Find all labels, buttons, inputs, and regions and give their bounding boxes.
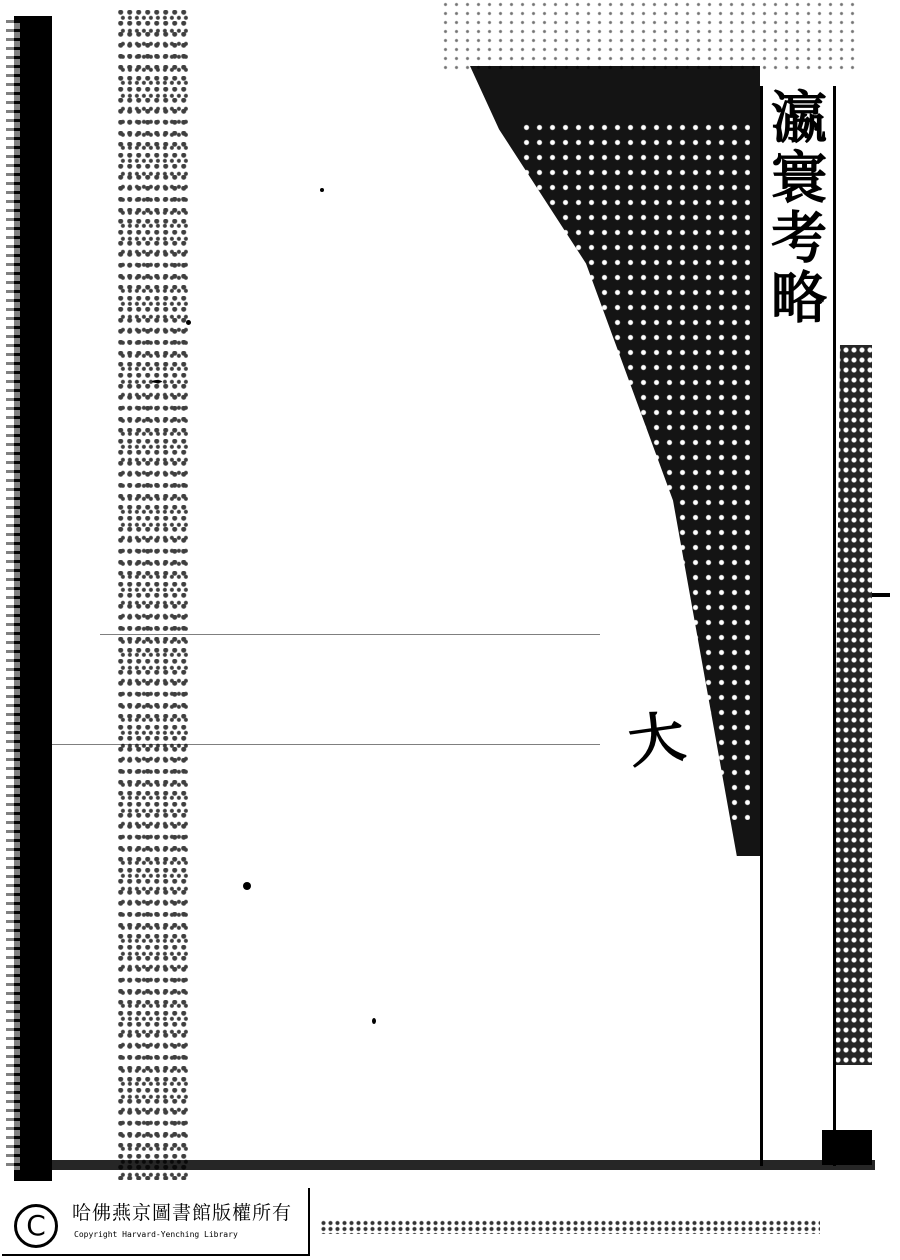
fold-line — [40, 744, 600, 745]
edge-tab-mark — [872, 593, 890, 597]
copyright-chinese: 哈佛燕京圖書館版權所有 — [72, 1198, 292, 1225]
copyright-stamp: C 哈佛燕京圖書館版權所有 Copyright Harvard-Yenching… — [2, 1188, 310, 1256]
bottom-edge-band — [40, 1160, 875, 1170]
ink-speck — [152, 380, 162, 383]
top-paper-band — [440, 0, 860, 70]
bottom-edge-texture — [320, 1220, 820, 1234]
copyright-icon: C — [14, 1204, 58, 1248]
ink-speck — [372, 1018, 376, 1024]
book-cover-scan: 瀛寰考略 大 C 哈佛燕京圖書館版權所有 Copyright Harvard-Y… — [0, 0, 900, 1260]
right-edge-texture — [834, 345, 872, 1065]
ink-speck — [320, 188, 324, 192]
ink-speck — [243, 882, 251, 890]
spine-texture — [6, 20, 20, 1170]
cover-title: 瀛寰考略 — [762, 88, 828, 328]
fold-line — [100, 634, 600, 635]
ink-speck — [186, 320, 191, 325]
bottom-right-corner — [822, 1130, 872, 1165]
copyright-english: Copyright Harvard-Yenching Library — [74, 1230, 238, 1239]
center-character-mark: 大 — [623, 692, 690, 779]
left-stain-band — [118, 10, 188, 1180]
